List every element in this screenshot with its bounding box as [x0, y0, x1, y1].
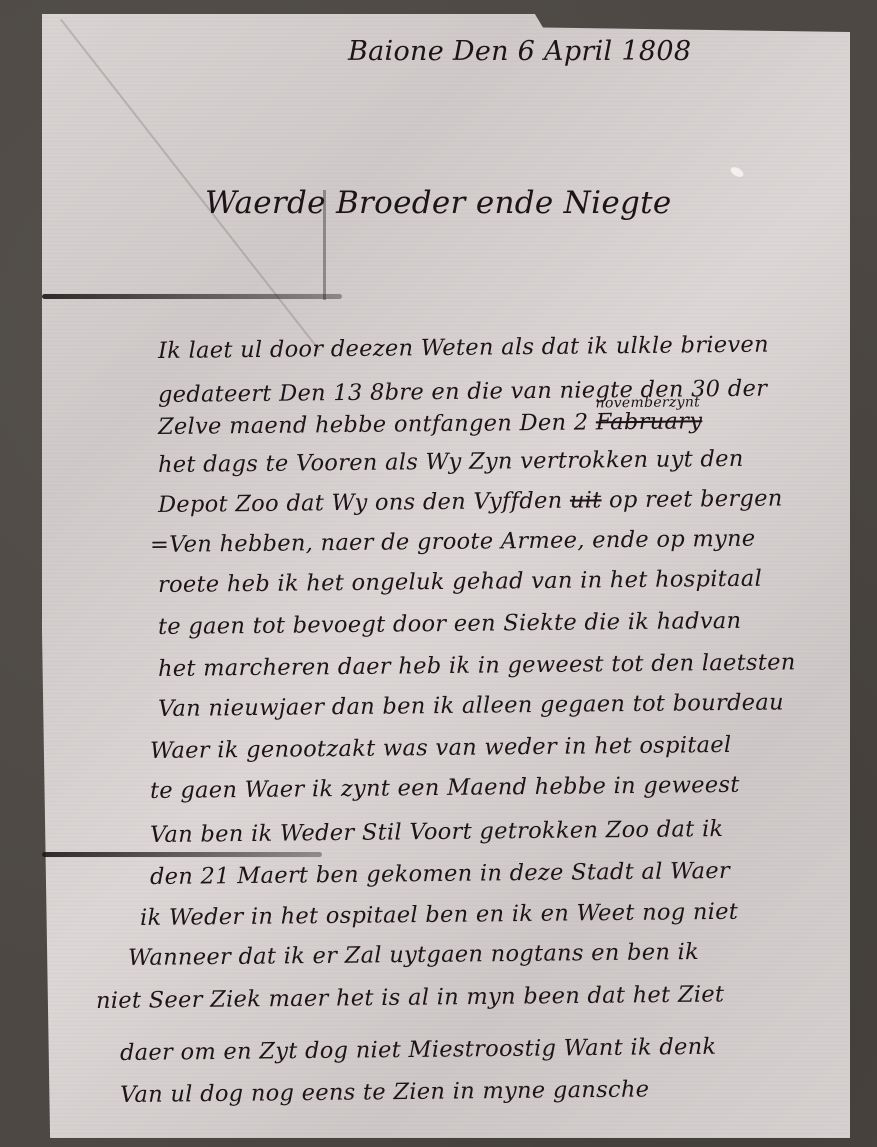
letter-line-text: Van ul dog nog eens te Zien in myne gans… [120, 1076, 650, 1108]
struck-word-group: uit [570, 487, 602, 513]
paper-fold-shadow-bottom [42, 852, 322, 857]
letter-salutation: Waerde Broeder ende Niegte [205, 185, 672, 221]
letter-dateline: Baione Den 6 April 1808 [348, 36, 691, 67]
letter-line: Van ul dog nog eens te Zien in myne gans… [120, 1076, 650, 1108]
letter-line-text-after: op reet bergen [601, 485, 782, 513]
interlinear-insertion: novemberzynt [596, 394, 701, 411]
letter-line-text: Depot Zoo dat Wy ons den Vyffden [158, 488, 570, 518]
struck-word-group: Fabruarynovemberzynt [596, 408, 703, 435]
paper-fold-shadow-top [42, 294, 342, 299]
letter-line-text: Zelve maend hebbe ontfangen Den 2 [158, 409, 596, 440]
struck-word: uit [570, 487, 602, 513]
struck-word: Fabruary [596, 408, 703, 435]
